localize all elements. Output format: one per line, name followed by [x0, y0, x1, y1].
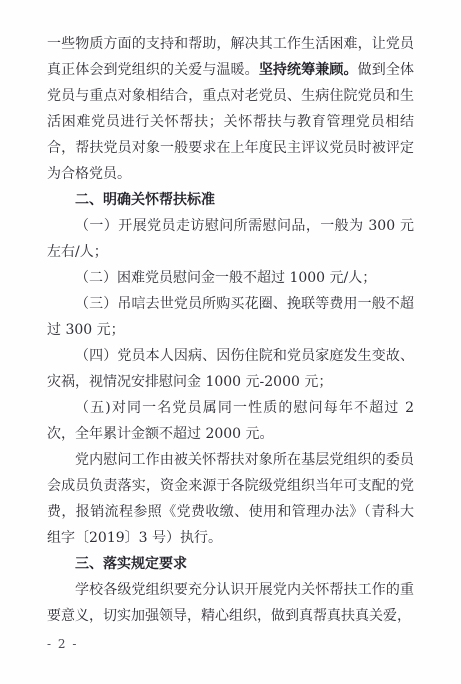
page-number: - 2 - [47, 637, 78, 651]
paragraph-continuation: 一些物质方面的支持和帮助，解决其工作生活困难，让党员真正体会到党组织的关爱与温暖… [47, 31, 414, 187]
document-page: 一些物质方面的支持和帮助，解决其工作生活困难，让党员真正体会到党组织的关爱与温暖… [0, 0, 461, 684]
list-item-3: （三）吊唁去世党员所购买花圈、挽联等费用一般不超过 300 元； [47, 291, 414, 343]
list-item-5: （五)对同一名党员属同一性质的慰问每年不超过 2 次，全年累计金额不超过 200… [47, 395, 414, 447]
section-heading-2: 二、明确关怀帮扶标准 [47, 187, 414, 213]
list-item-4: （四）党员本人因病、因伤住院和党员家庭发生变故、灾祸，视情况安排慰问金 1000… [47, 343, 414, 395]
paragraph-continuation-text-post: 做到全体党员与重点对象相结合，重点对老党员、生病住院党员和生活困难党员进行关怀帮… [47, 62, 414, 182]
section-heading-3: 三、落实规定要求 [47, 551, 414, 577]
paragraph-funding: 党内慰问工作由被关怀帮扶对象所在基层党组织的委员会成员负责落实，资金来源于各院级… [47, 447, 414, 551]
document-body: 一些物质方面的支持和帮助，解决其工作生活困难，让党员真正体会到党组织的关爱与温暖… [0, 0, 461, 629]
list-item-2: （二）困难党员慰问金一般不超过 1000 元/人； [47, 265, 414, 291]
paragraph-continuation-bold-phrase: 坚持统筹兼顾。 [259, 62, 358, 78]
paragraph-implementation: 学校各级党组织要充分认识开展党内关怀帮扶工作的重要意义，切实加强领导，精心组织，… [47, 577, 414, 629]
list-item-1: （一）开展党员走访慰问所需慰问品，一般为 300 元左右/人； [47, 213, 414, 265]
